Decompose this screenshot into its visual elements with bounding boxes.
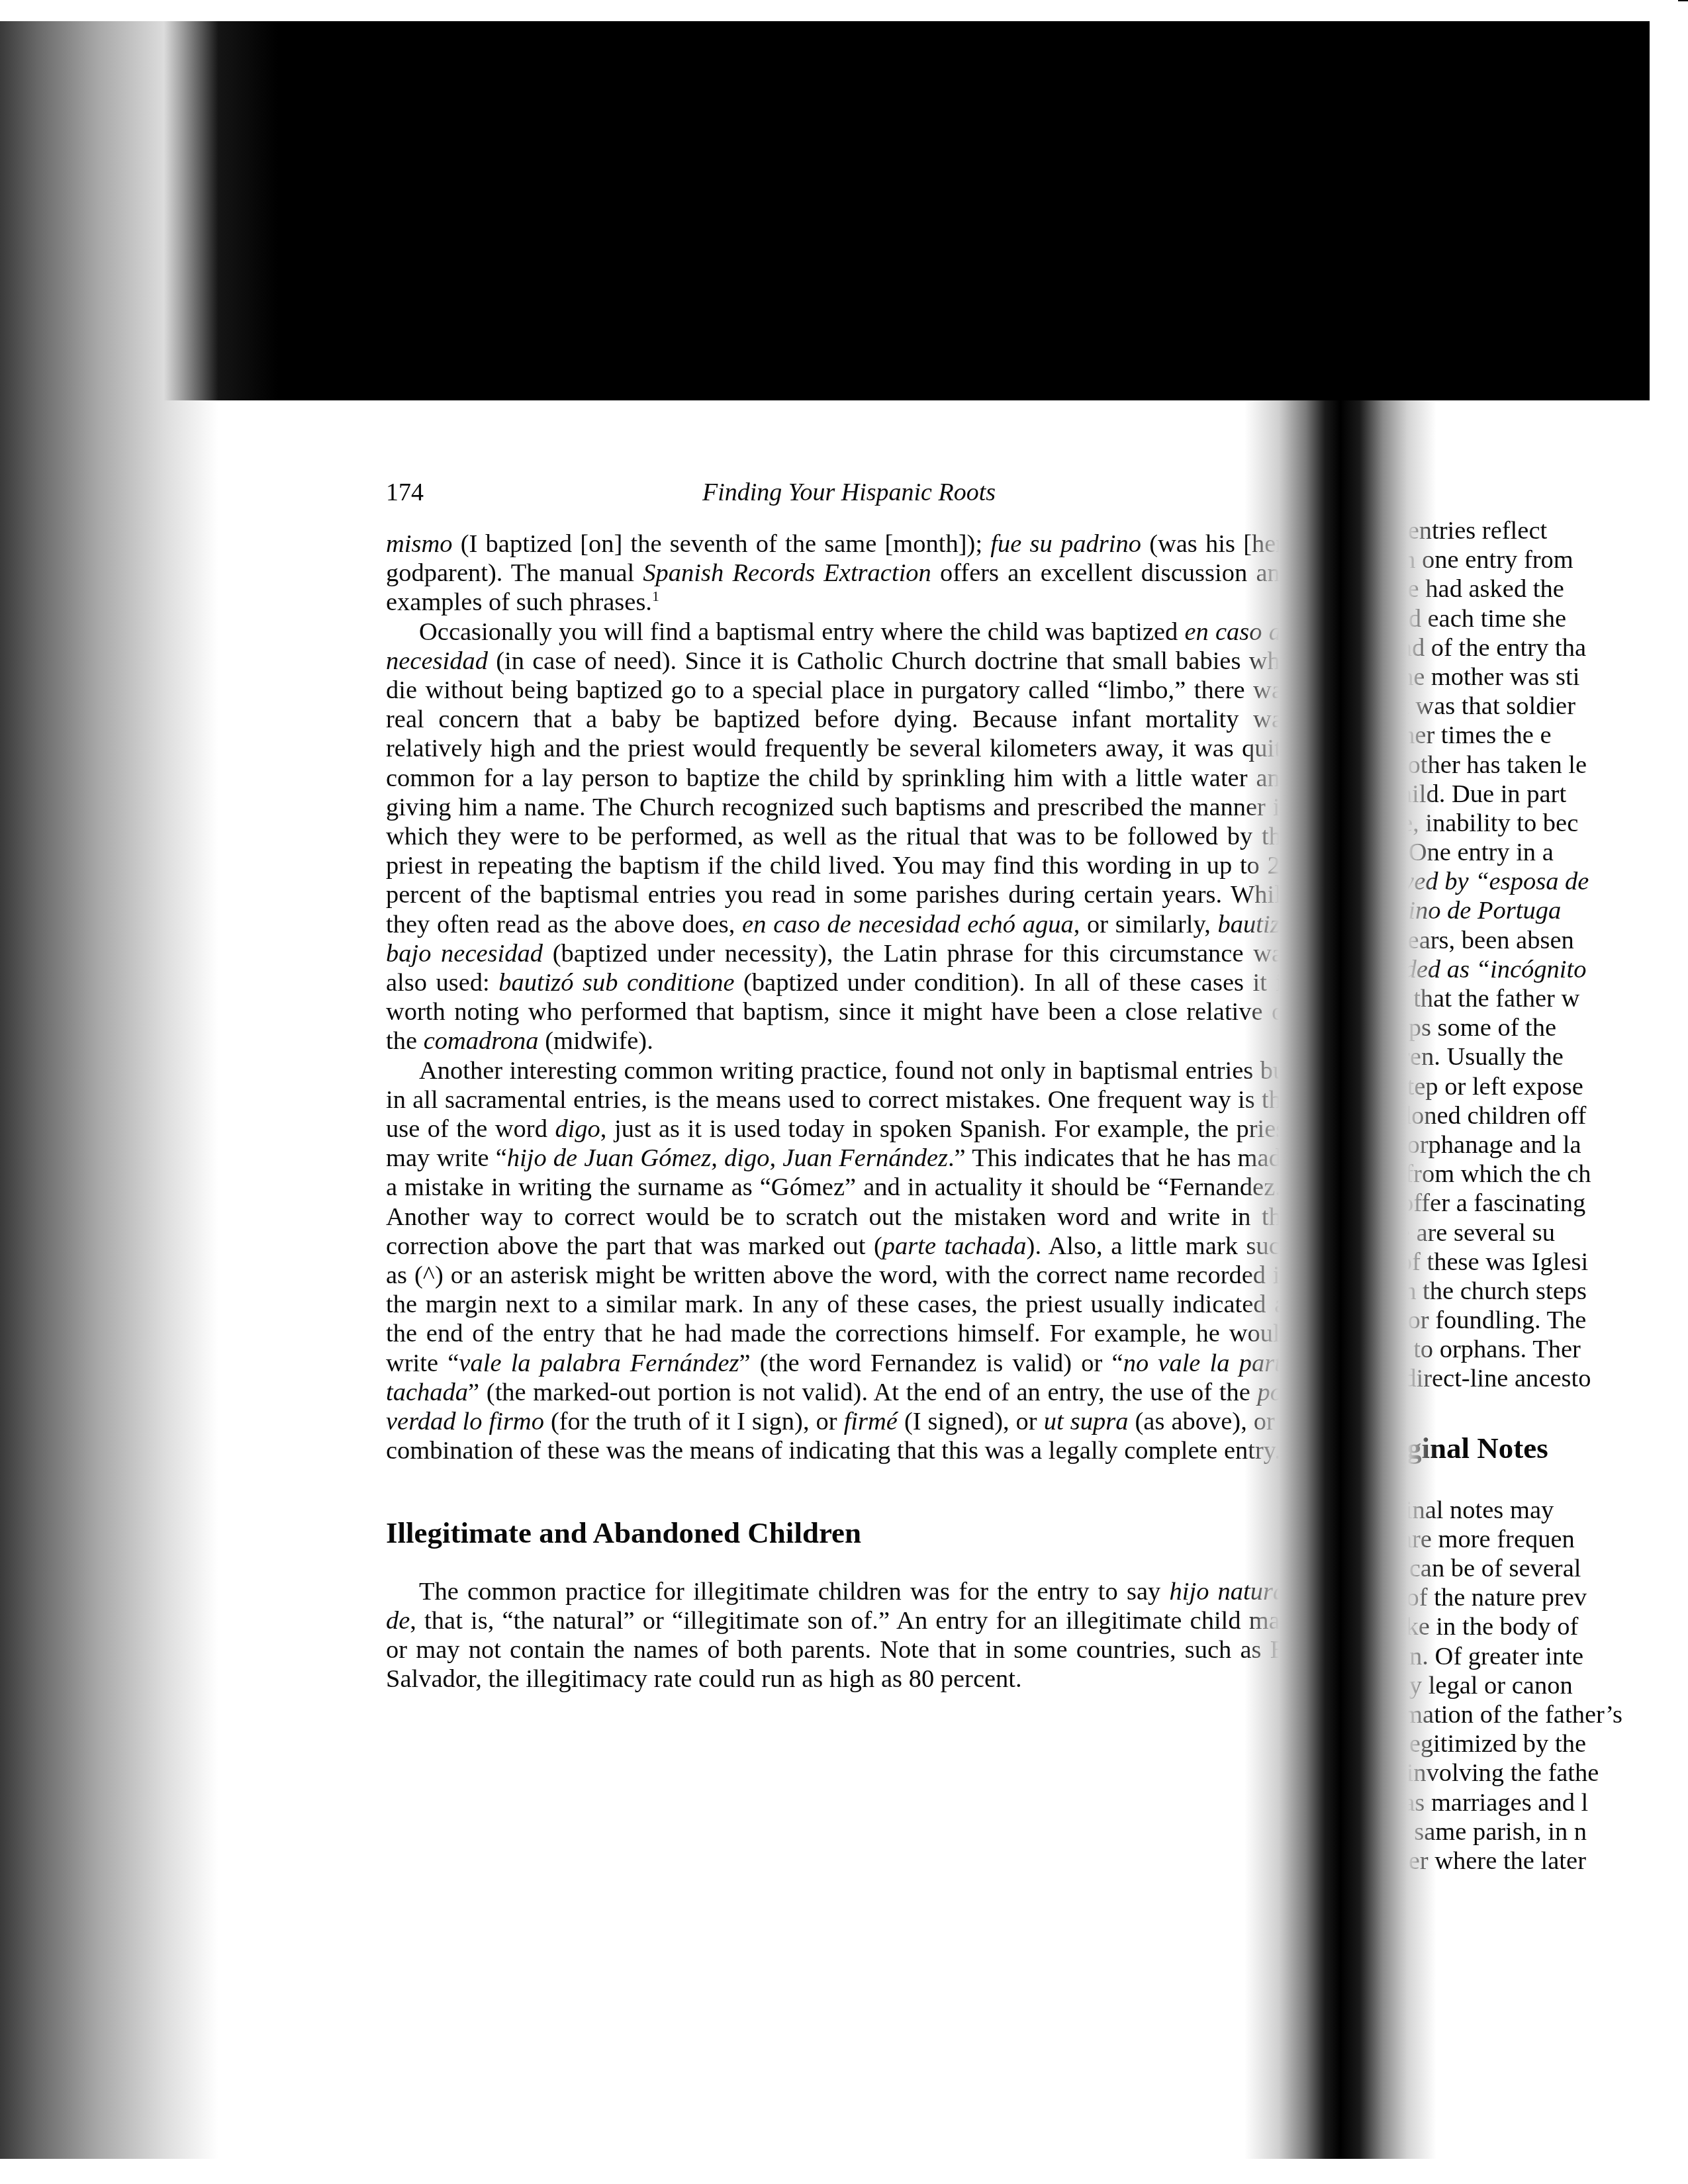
scan-edge-mark [1678, 0, 1688, 1]
page-number: 174 [386, 478, 424, 507]
left-page-body: mismo (I baptized [on] the seventh of th… [386, 529, 1293, 1466]
body-paragraph: Another interesting common writing pract… [386, 1056, 1293, 1466]
running-head: 174 Finding Your Hispanic Roots [386, 463, 1313, 529]
left-page: 174 Finding Your Hispanic Roots mismo (I… [386, 463, 1313, 2118]
book-title: Finding Your Hispanic Roots [702, 478, 996, 507]
book-gutter-shadow [1244, 400, 1436, 2159]
body-paragraph: mismo (I baptized [on] the seventh of th… [386, 529, 1293, 617]
left-edge-shadow [0, 21, 218, 2159]
section-paragraph: The common practice for illegitimate chi… [386, 1577, 1293, 1694]
right-margin [1650, 0, 1688, 2184]
section-body: The common practice for illegitimate chi… [386, 1577, 1293, 1694]
section-heading: Illegitimate and Abandoned Children [386, 1516, 1313, 1549]
body-paragraph: Occasionally you will find a baptismal e… [386, 617, 1293, 1056]
